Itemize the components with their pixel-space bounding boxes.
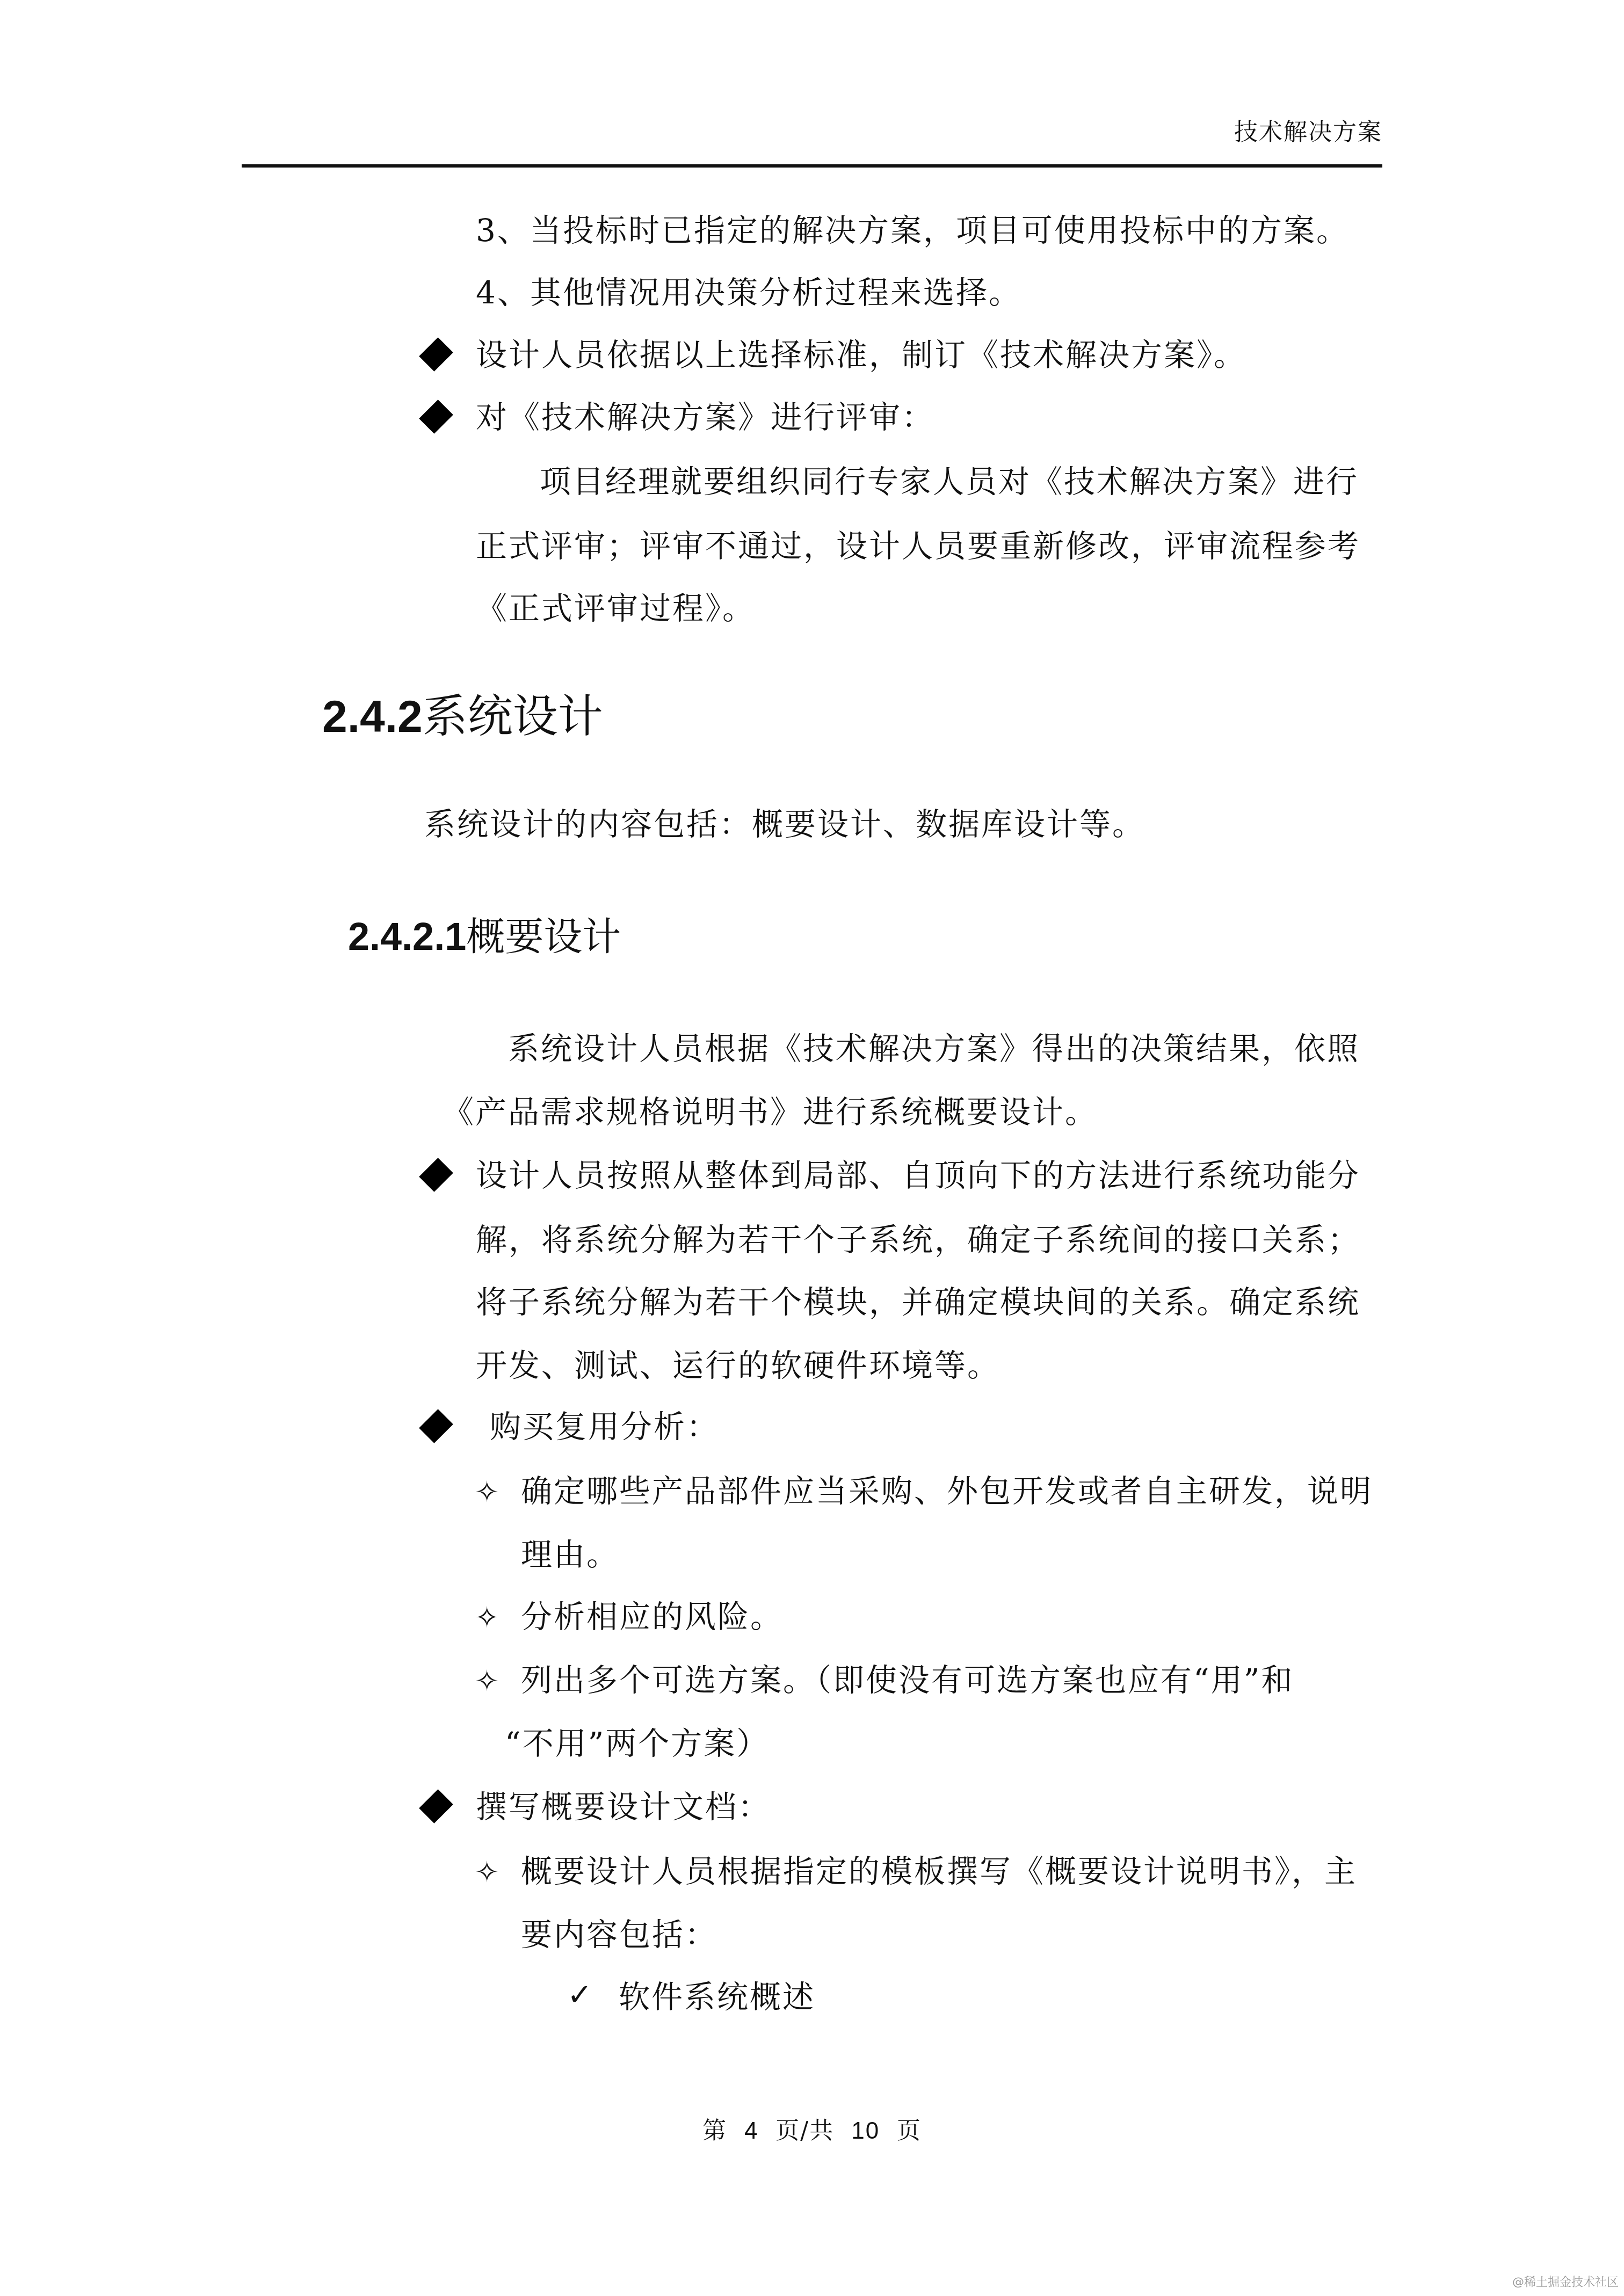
doc-content-item: 软件系统概述 — [619, 1981, 815, 2012]
hollow-star-bullet-icon: ✧ — [475, 1858, 499, 1887]
bullet-buy-reuse: 购买复用分析： — [490, 1411, 719, 1442]
footer-suffix: 页 — [897, 2117, 922, 2145]
review-paragraph-line: 正式评审；评审不通过，设计人员要重新修改，评审流程参考 — [476, 531, 1360, 562]
black-diamond-bullet-icon — [419, 337, 453, 372]
section-2-4-2-1-intro-line: 《产品需求规格说明书》进行系统概要设计。 — [443, 1096, 1098, 1128]
section-number: 2.4.2.1 — [348, 916, 466, 958]
watermark: @稀土掘金技术社区 — [1512, 2273, 1619, 2290]
bullet-review: 对《技术解决方案》进行评审： — [476, 402, 934, 433]
section-heading-2-4-2-1: 2.4.2.1概要设计 — [348, 917, 621, 956]
page-header-title: 技术解决方案 — [1234, 113, 1382, 147]
section-2-4-2-intro: 系统设计的内容包括：概要设计、数据库设计等。 — [424, 809, 1145, 840]
bullet-decompose-line: 解，将系统分解为若干个子系统，确定子系统间的接口关系； — [476, 1224, 1360, 1255]
hollow-star-bullet-icon: ✧ — [475, 1478, 499, 1507]
buy-reuse-item-line: “不用”两个方案） — [505, 1728, 769, 1759]
bullet-decompose-line: 设计人员按照从整体到局部、自顶向下的方法进行系统功能分 — [476, 1160, 1360, 1191]
page-footer: 第 4 页/共 10 页 — [0, 2111, 1624, 2146]
total-pages-number: 10 — [851, 2118, 880, 2144]
hollow-star-bullet-icon: ✧ — [475, 1603, 499, 1632]
bullet-write-doc: 撰写概要设计文档： — [476, 1791, 771, 1822]
write-doc-item-line: 概要设计人员根据指定的模板撰写《概要设计说明书》，主 — [521, 1856, 1357, 1887]
section-title: 概要设计 — [466, 914, 621, 959]
bullet-design-basis: 设计人员依据以上选择标准，制订《技术解决方案》。 — [476, 339, 1246, 370]
section-title: 系统设计 — [423, 690, 603, 743]
buy-reuse-item-line: 理由。 — [521, 1539, 619, 1570]
buy-reuse-item-line: 确定哪些产品部件应当采购、外包开发或者自主研发，说明 — [521, 1476, 1373, 1507]
section-number: 2.4.2 — [322, 691, 423, 742]
review-paragraph-line: 《正式评审过程》。 — [476, 593, 755, 624]
bullet-decompose-line: 开发、测试、运行的软硬件环境等。 — [476, 1350, 1000, 1381]
header-divider — [242, 164, 1382, 168]
buy-reuse-item-line: 列出多个可选方案。（即使没有可选方案也应有“用”和 — [521, 1665, 1294, 1696]
buy-reuse-item-line: 分析相应的风险。 — [521, 1601, 783, 1632]
black-diamond-bullet-icon — [419, 399, 453, 434]
check-mark-bullet-icon: ✓ — [567, 1980, 592, 2010]
bullet-decompose-line: 将子系统分解为若干个模块，并确定模块间的关系。确定系统 — [476, 1287, 1360, 1318]
hollow-star-bullet-icon: ✧ — [475, 1667, 499, 1696]
numbered-item-4: 4、其他情况用决策分析过程来选择。 — [476, 277, 1021, 308]
numbered-item-3: 3、当投标时已指定的解决方案，项目可使用投标中的方案。 — [476, 215, 1349, 246]
review-paragraph-line: 项目经理就要组织同行专家人员对《技术解决方案》进行 — [540, 466, 1359, 497]
footer-middle: 页/共 — [775, 2117, 834, 2145]
black-diamond-bullet-icon — [419, 1789, 453, 1823]
current-page-number: 4 — [744, 2118, 758, 2144]
footer-prefix: 第 — [702, 2117, 727, 2145]
write-doc-item-line: 要内容包括： — [521, 1919, 717, 1950]
black-diamond-bullet-icon — [419, 1158, 453, 1192]
section-2-4-2-1-intro-line: 系统设计人员根据《技术解决方案》得出的决策结果，依照 — [508, 1033, 1360, 1064]
section-heading-2-4-2: 2.4.2系统设计 — [322, 694, 603, 739]
black-diamond-bullet-icon — [419, 1409, 453, 1443]
